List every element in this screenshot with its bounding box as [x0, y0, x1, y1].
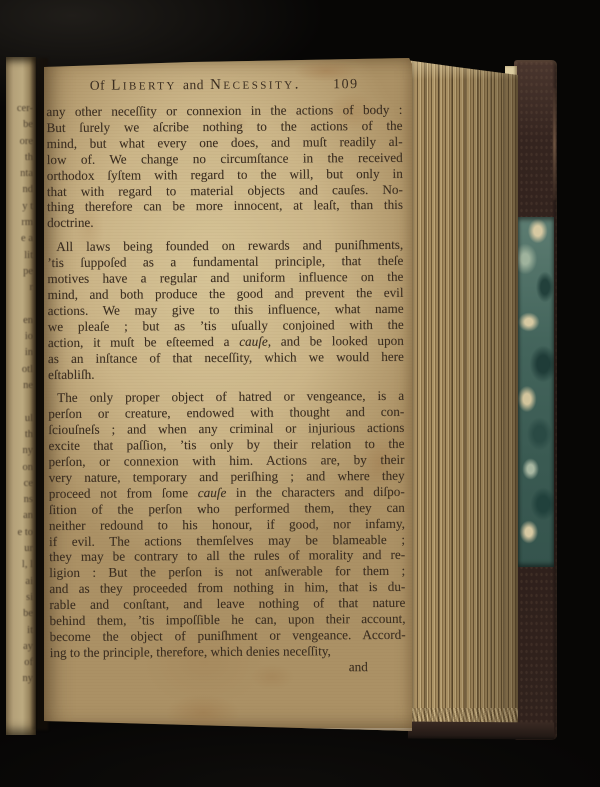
text-line: orthodox ſyſtem with regard to the will,…	[47, 165, 403, 183]
page-number: 109	[333, 77, 359, 93]
page-body-text: any other neceſſity or connexion in the …	[46, 102, 405, 677]
text-line: neither redound to his honour, if good, …	[49, 515, 405, 533]
catchword-row: and	[50, 659, 406, 677]
text-line: as an inſtance of that neceſſity, which …	[48, 348, 404, 366]
header-conjunction: and	[183, 77, 204, 93]
text-line: actions. We may give to this influence, …	[48, 301, 404, 319]
catchword: and	[349, 659, 368, 674]
running-header: Of Liberty and Necessity. 109	[46, 76, 402, 95]
text-line: mind, but what every one does, and muſt …	[47, 134, 403, 152]
text-line: eſtabliſh.	[48, 364, 404, 382]
text-line: low of. We change no circumſtance in the…	[47, 150, 403, 168]
page-block-fore-edge	[406, 58, 518, 734]
cover-bottom-edge	[408, 721, 554, 739]
photograph-background: cer-beorethntandy trme alitper enioinotl…	[0, 0, 600, 787]
leather-cover	[514, 60, 557, 740]
paragraph: The only proper object of hatred or veng…	[48, 388, 406, 661]
paragraph: All laws being founded on rewards and pu…	[47, 237, 404, 382]
page-block-top-edges	[406, 58, 518, 80]
header-title-word: Liberty	[111, 77, 177, 94]
text-line: very nature, temporary and periſhing ; a…	[49, 468, 405, 486]
text-line: become the object of puniſhment or venge…	[50, 627, 406, 645]
foxing-stain	[166, 694, 240, 732]
text-line: we pleaſe ; but as ’tis uſually conjoine…	[48, 317, 404, 335]
page-content: Of Liberty and Necessity. 109 any other …	[46, 76, 406, 677]
text-line: proceed not from ſome cauſe in the chara…	[49, 484, 405, 502]
worn-edge-highlight	[553, 88, 556, 200]
text-line: doctrine.	[47, 213, 403, 231]
text-line: ſition of the perſon who performed them,…	[49, 500, 405, 518]
text-line: But ſurely we aſcribe nothing to the act…	[46, 118, 402, 136]
text-line: action, it muſt be eſteemed a cauſe, and…	[48, 333, 404, 351]
text-line: thing therefore can be more innocent, at…	[47, 197, 403, 215]
header-title-word: Necessity.	[210, 76, 301, 94]
header-prefix: Of	[90, 78, 105, 94]
paragraph: any other neceſſity or connexion in the …	[46, 102, 403, 231]
marbled-endpaper	[516, 217, 554, 567]
main-page: Of Liberty and Necessity. 109 any other …	[44, 58, 412, 731]
